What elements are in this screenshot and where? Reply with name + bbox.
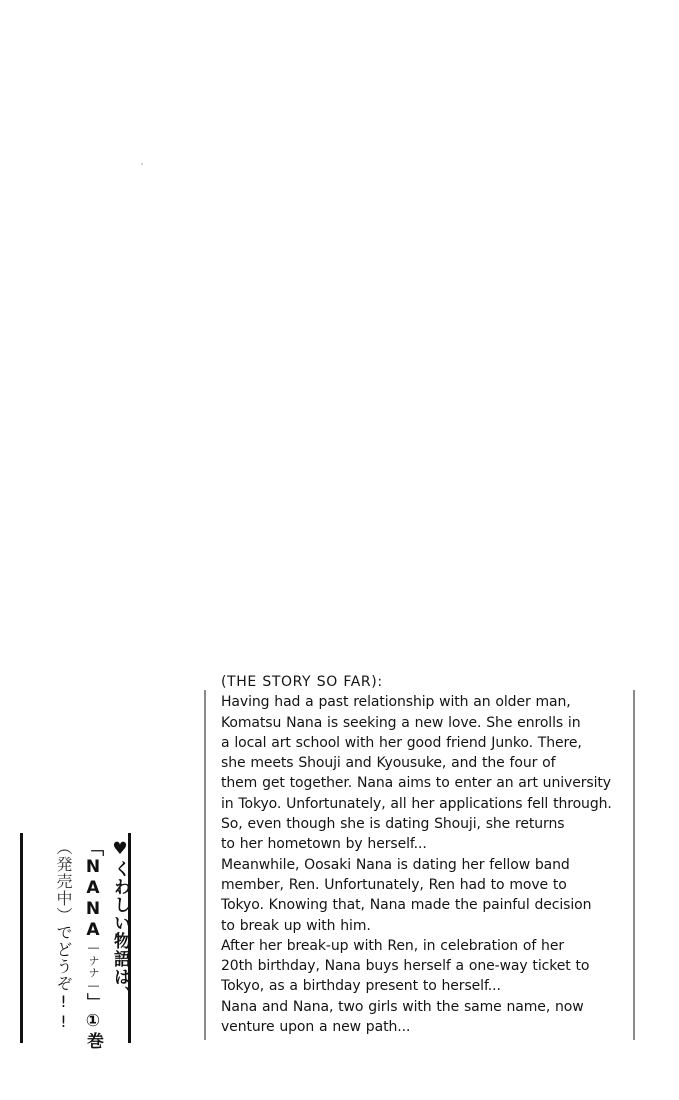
story-line: a local art school with her good friend … <box>221 733 621 753</box>
story-line: in Tokyo. Unfortunately, all her applica… <box>221 794 621 814</box>
promo-volume: 」①巻 <box>83 993 103 1050</box>
promo-closing: でどうぞ!! <box>54 924 73 1032</box>
story-line: member, Ren. Unfortunately, Ren had to m… <box>221 875 621 895</box>
heart-icon: ♥ <box>110 839 130 860</box>
story-line: them get together. Nana aims to enter an… <box>221 773 621 793</box>
story-line: So, even though she is dating Shouji, sh… <box>221 814 621 834</box>
promo-series-title: 「NANA <box>83 839 103 941</box>
story-box-right-border <box>633 690 635 1040</box>
story-line: Meanwhile, Oosaki Nana is dating her fel… <box>221 855 621 875</box>
promo-column-3: （発売中）でどうぞ!! <box>52 839 74 1032</box>
story-title: (THE STORY SO FAR): <box>221 672 621 692</box>
story-so-far-text: (THE STORY SO FAR): Having had a past re… <box>221 672 621 1037</box>
story-line: Tokyo, as a birthday present to herself.… <box>221 976 621 996</box>
promo-column-1: ♥くわしい物語は、 <box>109 839 131 1004</box>
volume-promo-box: ♥くわしい物語は、 「NANA―ナナ―」①巻 （発売中）でどうぞ!! <box>20 833 132 1043</box>
story-line: Tokyo. Knowing that, Nana made the painf… <box>221 895 621 915</box>
story-line: to her hometown by herself... <box>221 834 621 854</box>
story-box-left-border <box>204 690 206 1040</box>
promo-series-subtitle: ―ナナ― <box>87 941 100 993</box>
story-line: 20th birthday, Nana buys herself a one-w… <box>221 956 621 976</box>
story-line: Nana and Nana, two girls with the same n… <box>221 997 621 1017</box>
scan-speck <box>141 163 143 165</box>
promo-detail-text: くわしい物語は、 <box>110 860 130 1004</box>
story-line: After her break-up with Ren, in celebrat… <box>221 936 621 956</box>
story-line: venture upon a new path... <box>221 1017 621 1037</box>
promo-on-sale: （発売中） <box>54 839 73 924</box>
story-line: Having had a past relationship with an o… <box>221 692 621 712</box>
promo-box-left-border <box>20 833 23 1043</box>
story-line: to break up with him. <box>221 916 621 936</box>
promo-column-2: 「NANA―ナナ―」①巻 <box>82 839 104 1050</box>
story-line: Komatsu Nana is seeking a new love. She … <box>221 713 621 733</box>
story-line: she meets Shouji and Kyousuke, and the f… <box>221 753 621 773</box>
